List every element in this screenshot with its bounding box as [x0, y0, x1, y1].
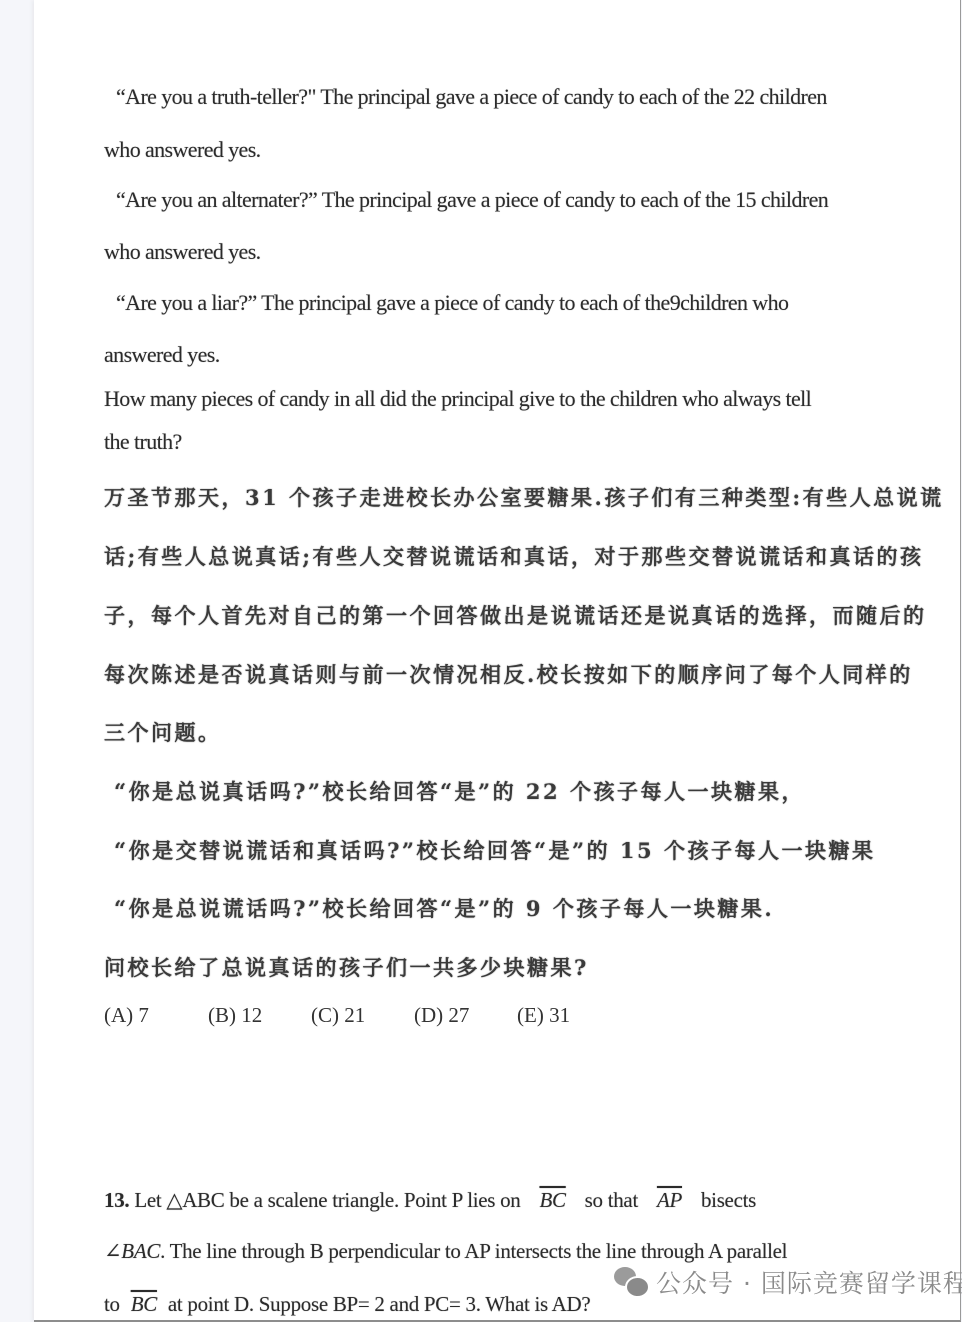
question-number: 13. — [104, 1188, 129, 1212]
choice-d: (D) 27 — [414, 1003, 469, 1028]
en-line-2: who answered yes. — [104, 137, 261, 163]
q13-line-1: 13. Let △ABC be a scalene triangle. Poin… — [104, 1188, 756, 1213]
choice-b: (B) 12 — [208, 1003, 262, 1028]
segment-bc-2: BC — [125, 1292, 163, 1316]
choice-c: (C) 21 — [311, 1003, 365, 1028]
zh-line-1: 万圣节那天，31 个孩子走进校长办公室要糖果.孩子们有三种类型:有些人总说谎 — [104, 482, 944, 512]
en-line-4: who answered yes. — [104, 239, 261, 265]
q13-line-3: to BC at point D. Suppose BP= 2 and PC= … — [104, 1292, 590, 1317]
en-line-3: “Are you an alternater?” The principal g… — [116, 187, 828, 213]
q13-text-d: . The line through B perpendicular to AP… — [160, 1239, 787, 1263]
en-question-end: the truth? — [104, 429, 182, 455]
segment-bc: BC — [525, 1188, 579, 1212]
q13-text-b: so that — [585, 1188, 638, 1212]
wechat-icon — [614, 1267, 648, 1297]
en-question: How many pieces of candy in all did the … — [104, 386, 811, 412]
q13-text-e: to — [104, 1292, 120, 1316]
zh-line-4: 每次陈述是否说真话则与前一次情况相反.校长按如下的顺序问了每个人同样的 — [104, 659, 913, 689]
zh-final-question: 问校长给了总说真话的孩子们一共多少块糖果? — [104, 952, 589, 982]
choice-a: (A) 7 — [104, 1003, 149, 1028]
segment-ap: AP — [643, 1188, 696, 1212]
zh-question-2: “你是交替说谎话和真话吗?”校长给回答“是”的 15 个孩子每人一块糖果 — [114, 835, 875, 865]
en-line-1: “Are you a truth-teller?" The principal … — [116, 84, 827, 110]
q13-line-2: ∠BAC. The line through B perpendicular t… — [104, 1239, 787, 1264]
zh-line-2: 话;有些人总说真话;有些人交替说谎话和真话，对于那些交替说谎话和真话的孩 — [104, 541, 924, 571]
watermark-text: 公众号 · 国际竞赛留学课程 — [656, 1264, 962, 1300]
q13-text-f: at point D. Suppose BP= 2 and PC= 3. Wha… — [168, 1292, 591, 1316]
en-line-6: answered yes. — [104, 342, 220, 368]
q13-text-c: bisects — [701, 1188, 756, 1212]
zh-question-1: “你是总说真话吗?”校长给回答“是”的 22 个孩子每人一块糖果， — [114, 776, 805, 806]
zh-question-3: “你是总说谎话吗?”校长给回答“是”的 9 个孩子每人一块糖果. — [114, 893, 774, 923]
choice-e: (E) 31 — [517, 1003, 570, 1028]
zh-line-3: 子，每个人首先对自己的第一个回答做出是说谎话还是说真话的选择，而随后的 — [104, 600, 927, 630]
zh-line-5: 三个问题。 — [104, 717, 222, 747]
q13-text-a: Let △ABC be a scalene triangle. Point P … — [134, 1188, 520, 1212]
watermark: 公众号 · 国际竞赛留学课程 — [614, 1264, 962, 1300]
document-page: “Are you a truth-teller?" The principal … — [34, 0, 961, 1322]
en-line-5: “Are you a liar?” The principal gave a p… — [116, 290, 788, 316]
angle-bac: ∠BAC — [104, 1239, 160, 1263]
